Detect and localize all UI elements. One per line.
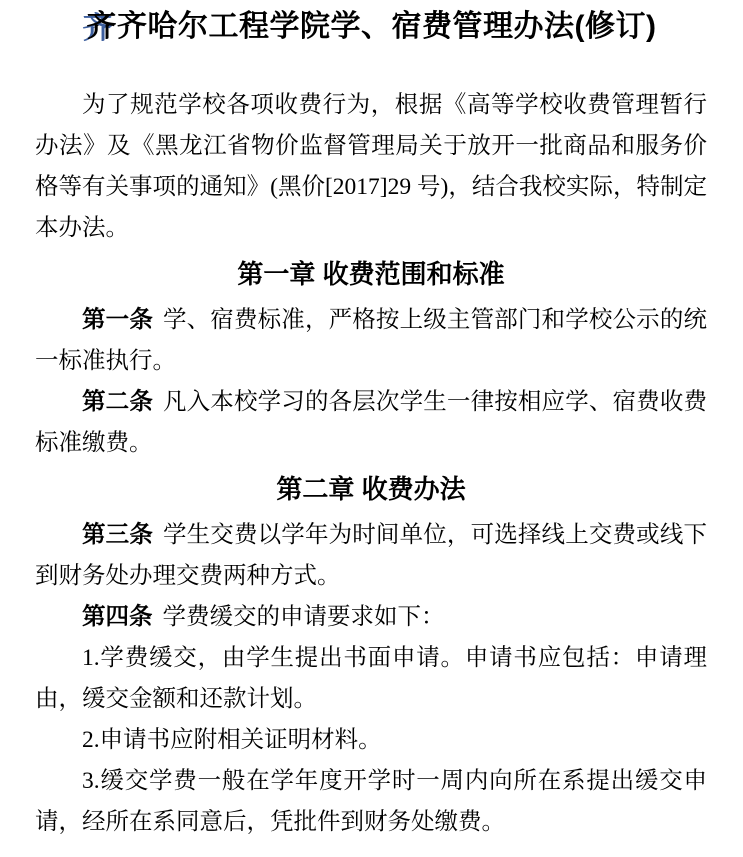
article-1-paragraph: 第一条学、宿费标准，严格按上级主管部门和学校公示的统一标准执行。	[35, 300, 707, 382]
article-4-paragraph: 第四条学费缓交的申请要求如下：	[35, 597, 707, 638]
document-page: 齐齐哈尔工程学院学、宿费管理办法(修订) 为了规范学校各项收费行为，根据《高等学…	[0, 0, 743, 857]
article-4-item-3: 3.缓交学费一般在学年度开学时一周内向所在系提出缓交申请，经所在系同意后，凭批件…	[35, 761, 707, 843]
intro-paragraph: 为了规范学校各项收费行为，根据《高等学校收费管理暂行办法》及《黑龙江省物价监督管…	[35, 85, 707, 249]
article-4-label: 第四条	[82, 604, 153, 630]
article-3-label: 第三条	[82, 522, 153, 548]
document-title: 齐齐哈尔工程学院学、宿费管理办法(修订)	[0, 0, 743, 49]
article-4-item-2: 2.申请书应附相关证明材料。	[35, 720, 707, 761]
chapter-1-heading: 第一章 收费范围和标准	[35, 254, 707, 295]
chapter-2-heading: 第二章 收费办法	[35, 469, 707, 510]
article-3-paragraph: 第三条学生交费以学年为时间单位，可选择线上交费或线下到财务处办理交费两种方式。	[35, 515, 707, 597]
article-2-paragraph: 第二条凡入本校学习的各层次学生一律按相应学、宿费收费标准缴费。	[35, 382, 707, 464]
document-body: 为了规范学校各项收费行为，根据《高等学校收费管理暂行办法》及《黑龙江省物价监督管…	[35, 85, 707, 843]
article-4-item-1: 1.学费缓交，由学生提出书面申请。申请书应包括：申请理由，缓交金额和还款计划。	[35, 638, 707, 720]
article-2-label: 第二条	[82, 389, 153, 415]
article-4-text: 学费缓交的申请要求如下：	[163, 604, 445, 630]
article-1-label: 第一条	[82, 307, 153, 333]
